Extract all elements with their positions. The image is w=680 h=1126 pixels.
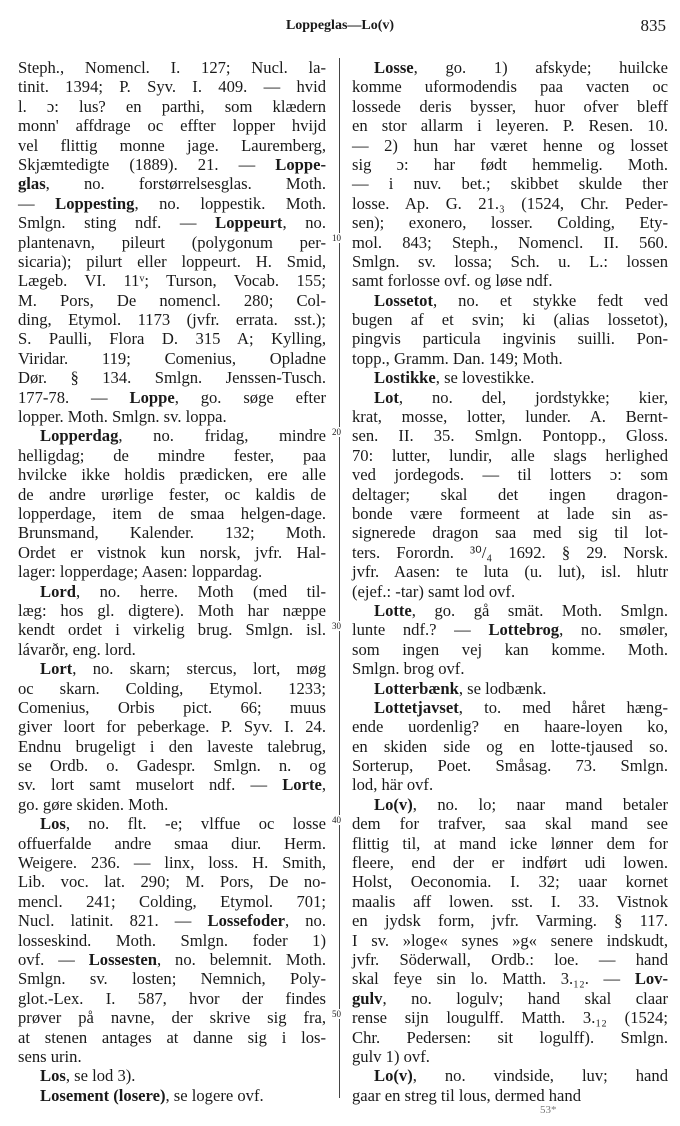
running-head: Loppeglas—Lo(v) [0, 18, 680, 34]
text-line: — i nuv. bet.; skibbet skulde ther [352, 174, 668, 193]
text-line: jvfr. Söderwall, Ordb.: loe. — hand [352, 950, 668, 969]
text-line: maalis aff lowen. sst. I. 33. Vistnok [352, 892, 668, 911]
text-line: Skjæmtedigte (1889). 21. — Loppe- [18, 155, 326, 174]
text-line: prøver på navne, der skrive sig fra, [18, 1008, 326, 1027]
text-line: lunte ndf.? — Lottebrog, no. smøler, [352, 620, 668, 639]
text-line: monn' affdrage oc effter lopper hvijd [18, 116, 326, 135]
text-line: mencl. 241; Colding, Etymol. 701; [18, 892, 326, 911]
text-line: l. ɔ: lus? en parthi, som klædern [18, 97, 326, 116]
text-line: giver loort for peberkage. P. Syv. I. 24… [18, 717, 326, 736]
text-line: se Ordb. o. Gadespr. Smlgn. n. og [18, 756, 326, 775]
text-line: lopperdage, item de smaa helgen-dage. [18, 504, 326, 523]
text-line: topp., Gramm. Dan. 149; Moth. [352, 349, 668, 368]
text-line: lopper. Moth. Smlgn. sv. loppa. [18, 407, 326, 426]
text-line: plantenavn, pileurt (polygonum per- [18, 233, 326, 252]
text-line: lager: lopperdage; Aasen: loppardag. [18, 562, 326, 581]
signature-mark: 53* [540, 1104, 557, 1116]
text-line: Smlgn. sv. lossa; Sch. u. L.: lossen [352, 252, 668, 271]
text-line: Dør. § 134. Smlgn. Jenssen-Tusch. [18, 368, 326, 387]
text-line: en skiden side og en lotte-tjaused so. [352, 737, 668, 756]
text-line: lod, här ovf. [352, 775, 668, 794]
text-line: go. gøre skiden. Moth. [18, 795, 326, 814]
text-line: at stenen antages at danne sig i los- [18, 1028, 326, 1047]
text-line: fleere, end der er indført udi lowen. [352, 853, 668, 872]
text-line: Lostikke, se lovestikke. [352, 368, 668, 387]
text-line: losseskind. Moth. Smlgn. foder 1) [18, 931, 326, 950]
text-line: ved jordegods. — til lotters ɔ: som [352, 465, 668, 484]
text-line: Sorterup, Poet. Småsag. 73. Smlgn. [352, 756, 668, 775]
text-line: hvilcke ikke holdis prædicken, ere alle [18, 465, 326, 484]
text-line: ters. Forordn. ³⁰/₄ 1692. § 29. Norsk. [352, 543, 668, 562]
page-header: Loppeglas—Lo(v) 835 [0, 14, 680, 38]
text-line: I sv. »loge« synes »g« senere indskudt, [352, 931, 668, 950]
text-line: samt forlosse ovf. og løse ndf. [352, 271, 668, 290]
right-column: Losse, go. 1) afskyde; huilckekomme ufor… [352, 58, 668, 1105]
text-line: en stor allarm i leyeren. P. Resen. 10. [352, 116, 668, 135]
text-line: skal feye sin lo. Matth. 3.₁₂. — Lov- [352, 969, 668, 988]
line-number: 30 [331, 621, 342, 631]
text-line: Lord, no. herre. Moth (med til- [18, 582, 326, 601]
text-line: Lort, no. skarn; stercus, lort, møg [18, 659, 326, 678]
text-line: sig ɔ: har født hemmelig. Moth. [352, 155, 668, 174]
text-line: S. Paulli, Flora D. 315 A; Kylling, [18, 329, 326, 348]
text-line: lossede deris bysser, huor ofver bleff [352, 97, 668, 116]
text-line: gulv 1) ovf. [352, 1047, 668, 1066]
text-line: mol. 843; Steph., Nomencl. II. 560. [352, 233, 668, 252]
text-line: Chr. Pedersen: sit logulff). Smlgn. [352, 1028, 668, 1047]
text-line: Lotterbænk, se lodbænk. [352, 679, 668, 698]
text-line: Smlgn. sting ndf. — Loppeurt, no. [18, 213, 326, 232]
text-line: — Loppesting, no. loppestik. Moth. [18, 194, 326, 213]
column-divider [339, 58, 340, 1098]
text-line: Los, se lod 3). [18, 1066, 326, 1085]
text-line: lávarðr, eng. lord. [18, 640, 326, 659]
text-line: 177-78. — Loppe, go. søge efter [18, 388, 326, 407]
text-line: Losse, go. 1) afskyde; huilcke [352, 58, 668, 77]
text-line: vel flittig monne jage. Lauremberg, [18, 136, 326, 155]
text-line: Endnu brugeligt i den laveste talebrug, [18, 737, 326, 756]
text-line: Smlgn. sv. losten; Nemnich, Poly- [18, 969, 326, 988]
text-line: Ordet er vistnok kun norsk, jvfr. Hal- [18, 543, 326, 562]
text-line: pingvis particula ingvinis suilli. Pon- [352, 329, 668, 348]
text-line: de andre urørlige fester, oc kaldis de [18, 485, 326, 504]
text-line: sv. lort samt muselort ndf. — Lorte, [18, 775, 326, 794]
text-line: signerede dragon saa med sig til lot- [352, 523, 668, 542]
text-line: gaar en streg til lous, dermed hand [352, 1086, 668, 1105]
text-line: Lægeb. VI. 11ᵛ; Turson, Vocab. 155; [18, 271, 326, 290]
text-line: Brunsmand, Kalender. 132; Moth. [18, 523, 326, 542]
text-line: Weigere. 236. — linx, loss. H. Smith, [18, 853, 326, 872]
text-line: Nucl. latinit. 821. — Lossefoder, no. [18, 911, 326, 930]
text-line: Holst, Oeconomia. I. 32; uaar kornet [352, 872, 668, 891]
text-line: oc skarn. Colding, Etymol. 1233; [18, 679, 326, 698]
text-line: M. Pors, De nomencl. 280; Col- [18, 291, 326, 310]
line-number: 40 [331, 815, 342, 825]
text-line: Los, no. flt. -e; vlffue oc losse [18, 814, 326, 833]
text-line: sen. II. 35. Smlgn. Pontopp., Gloss. [352, 426, 668, 445]
text-line: Lotte, go. gå smät. Moth. Smlgn. [352, 601, 668, 620]
text-line: ovf. — Lossesten, no. belemnit. Moth. [18, 950, 326, 969]
text-line: Comenius, Orbis pict. 66; muus [18, 698, 326, 717]
text-line: komme uformodendis paa vacten oc [352, 77, 668, 96]
text-line: dem for trafver, saa skal mand see [352, 814, 668, 833]
text-line: sicaria); pilurt eller loppeurt. H. Smid… [18, 252, 326, 271]
page-number: 835 [641, 16, 667, 36]
text-line: ding, Etymol. 1173 (jvfr. errata. sst.); [18, 310, 326, 329]
text-line: Lossetot, no. et stykke fedt ved [352, 291, 668, 310]
text-line: rense sijn lougulff. Matth. 3.₁₂ (1524; [352, 1008, 668, 1027]
text-line: 70: lutter, lundir, alle slags herlighed [352, 446, 668, 465]
text-line: losse. Ap. G. 21.₃ (1524, Chr. Peder- [352, 194, 668, 213]
text-line: deltager; skal det ingen dragon- [352, 485, 668, 504]
text-line: bugen af et svin; ki (alias lossetot), [352, 310, 668, 329]
text-line: Lot, no. del, jordstykke; kier, [352, 388, 668, 407]
text-line: Smlgn. brog ovf. [352, 659, 668, 678]
text-line: sens urin. [18, 1047, 326, 1066]
text-line: — 2) hun har været henne og losset [352, 136, 668, 155]
text-line: ende uordenlig? en haare-loyen ko, [352, 717, 668, 736]
text-line: Lopperdag, no. fridag, mindre [18, 426, 326, 445]
text-line: Lo(v), no. vindside, luv; hand [352, 1066, 668, 1085]
text-line: tinit. 1394; P. Syv. I. 409. — hvid [18, 77, 326, 96]
text-line: Lib. voc. lat. 290; M. Pors, De no- [18, 872, 326, 891]
text-line: flittig til, at mand icke lønner dem for [352, 834, 668, 853]
text-line: gulv, no. logulv; hand skal claar [352, 989, 668, 1008]
text-line: krat, mosse, lotter, lunder. A. Bernt- [352, 407, 668, 426]
text-line: offuerfalde andre smaa diur. Herm. [18, 834, 326, 853]
left-column: Steph., Nomencl. I. 127; Nucl. la-tinit.… [18, 58, 326, 1105]
text-line: helligdag; de mindre fester, paa [18, 446, 326, 465]
text-line: bonde være formeent at lade sin as- [352, 504, 668, 523]
text-line: (ejef.: -tar) samt lod ovf. [352, 582, 668, 601]
text-line: Steph., Nomencl. I. 127; Nucl. la- [18, 58, 326, 77]
text-line: kendt ordet i virkelig brug. Smlgn. isl. [18, 620, 326, 639]
text-line: en jydsk form, jvfr. Varming. § 117. [352, 911, 668, 930]
text-line: Lottetjavset, to. med håret hæng- [352, 698, 668, 717]
text-line: glot.-Lex. I. 587, hvor der findes [18, 989, 326, 1008]
line-number: 50 [331, 1009, 342, 1019]
text-line: læg: hos gl. digtere). Moth har næppe [18, 601, 326, 620]
text-line: som ingen vej kan komme. Moth. [352, 640, 668, 659]
text-line: Lo(v), no. lo; naar mand betaler [352, 795, 668, 814]
text-line: jvfr. Aasen: te luta (u. lut), isl. hlut… [352, 562, 668, 581]
text-line: Viridar. 119; Comenius, Opladne [18, 349, 326, 368]
text-line: glas, no. forstørrelsesglas. Moth. [18, 174, 326, 193]
line-number: 10 [331, 233, 342, 243]
text-line: sen); exonero, losser. Colding, Ety- [352, 213, 668, 232]
line-number: 20 [331, 427, 342, 437]
text-line: Losement (losere), se logere ovf. [18, 1086, 326, 1105]
